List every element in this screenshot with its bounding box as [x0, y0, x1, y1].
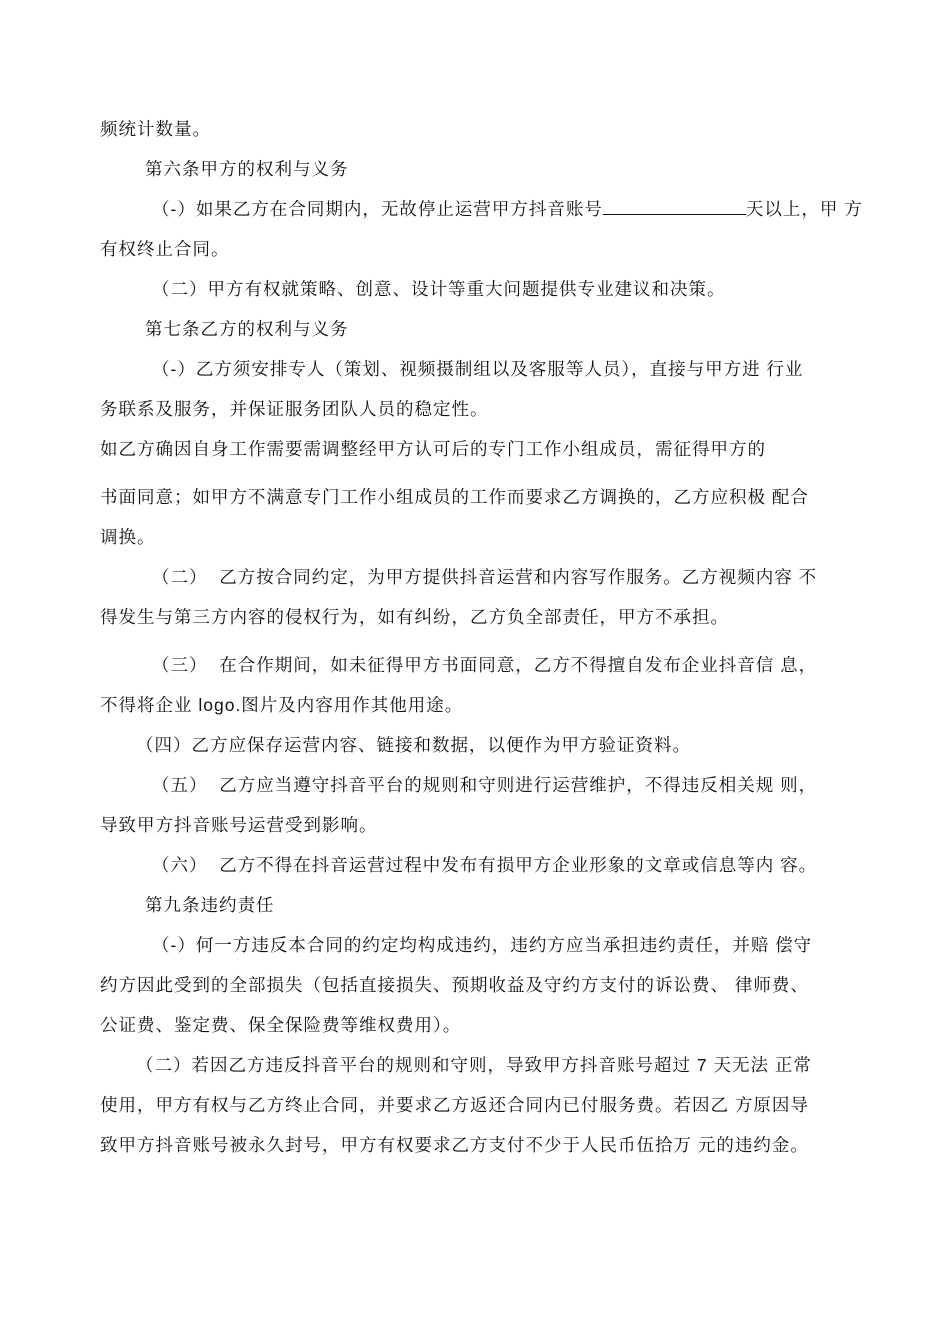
text-line: （三） 在合作期间，如未征得甲方书面同意，乙方不得擅自发布企业抖音信 息，: [100, 654, 858, 676]
section-heading-article-6: 第六条甲方的权利与义务: [100, 158, 858, 180]
blank-prefix-text: （-）如果乙方在合同期内，无故停止运营甲方抖音账号: [152, 199, 603, 219]
text-line: 公证费、鉴定费、保全保险费等维权费用）。: [100, 1014, 858, 1036]
text-line: （五） 乙方应当遵守抖音平台的规则和守则进行运营维护，不得违反相关规 则，: [100, 774, 858, 796]
text-line: （二） 乙方按合同约定，为甲方提供抖音运营和内容写作服务。乙方视频内容 不: [100, 566, 858, 588]
text-line: 导致甲方抖音账号运营受到影响。: [100, 814, 858, 836]
text-line: （六） 乙方不得在抖音运营过程中发布有损甲方企业形象的文章或信息等内 容。: [100, 854, 858, 876]
text-line: （-）何一方违反本合同的约定均构成违约，违约方应当承担违约责任，并赔 偿守: [100, 934, 858, 956]
text-line: （-）乙方须安排专人（策划、视频摄制组以及客服等人员），直接与甲方进 行业: [100, 358, 858, 380]
text-line: 不得将企业 logo.图片及内容用作其他用途。: [100, 694, 858, 716]
text-line: 有权终止合同。: [100, 238, 858, 260]
text-line: 约方因此受到的全部损失（包括直接损失、预期收益及守约方支付的诉讼费、 律师费、: [100, 974, 858, 996]
text-line: （二）若因乙方违反抖音平台的规则和守则，导致甲方抖音账号超过 7 天无法 正常: [100, 1054, 858, 1076]
text-line-with-blank: （-）如果乙方在合同期内，无故停止运营甲方抖音账号天以上，甲 方: [100, 198, 858, 220]
text-line: 致甲方抖音账号被永久封号，甲方有权要求乙方支付不少于人民币伍拾万 元的违约金。: [100, 1134, 858, 1156]
text-line: 务联系及服务，并保证服务团队人员的稳定性。: [100, 398, 858, 420]
text-line: 使用，甲方有权与乙方终止合同，并要求乙方返还合同内已付服务费。若因乙 方原因导: [100, 1094, 858, 1116]
text-line: 得发生与第三方内容的侵权行为，如有纠纷，乙方负全部责任，甲方不承担。: [100, 606, 858, 628]
text-line: 调换。: [100, 526, 858, 548]
text-line: 书面同意；如甲方不满意专门工作小组成员的工作而要求乙方调换的，乙方应积极 配合: [100, 486, 858, 508]
blank-suffix-text: 天以上，甲 方: [746, 199, 863, 219]
text-line: 如乙方确因自身工作需要需调整经甲方认可后的专门工作小组成员，需征得甲方的: [100, 438, 858, 460]
section-heading-article-7: 第七条乙方的权利与义务: [100, 318, 858, 340]
section-heading-article-9: 第九条违约责任: [100, 894, 858, 916]
contract-document-page: 频统计数量。 第六条甲方的权利与义务 （-）如果乙方在合同期内，无故停止运营甲方…: [0, 0, 950, 1344]
fill-in-blank-underline: [603, 212, 746, 215]
text-line: （二）甲方有权就策略、创意、设计等重大问题提供专业建议和决策。: [100, 278, 858, 300]
text-line: 频统计数量。: [100, 118, 858, 140]
text-line: （四）乙方应保存运营内容、链接和数据，以便作为甲方验证资料。: [100, 734, 858, 756]
